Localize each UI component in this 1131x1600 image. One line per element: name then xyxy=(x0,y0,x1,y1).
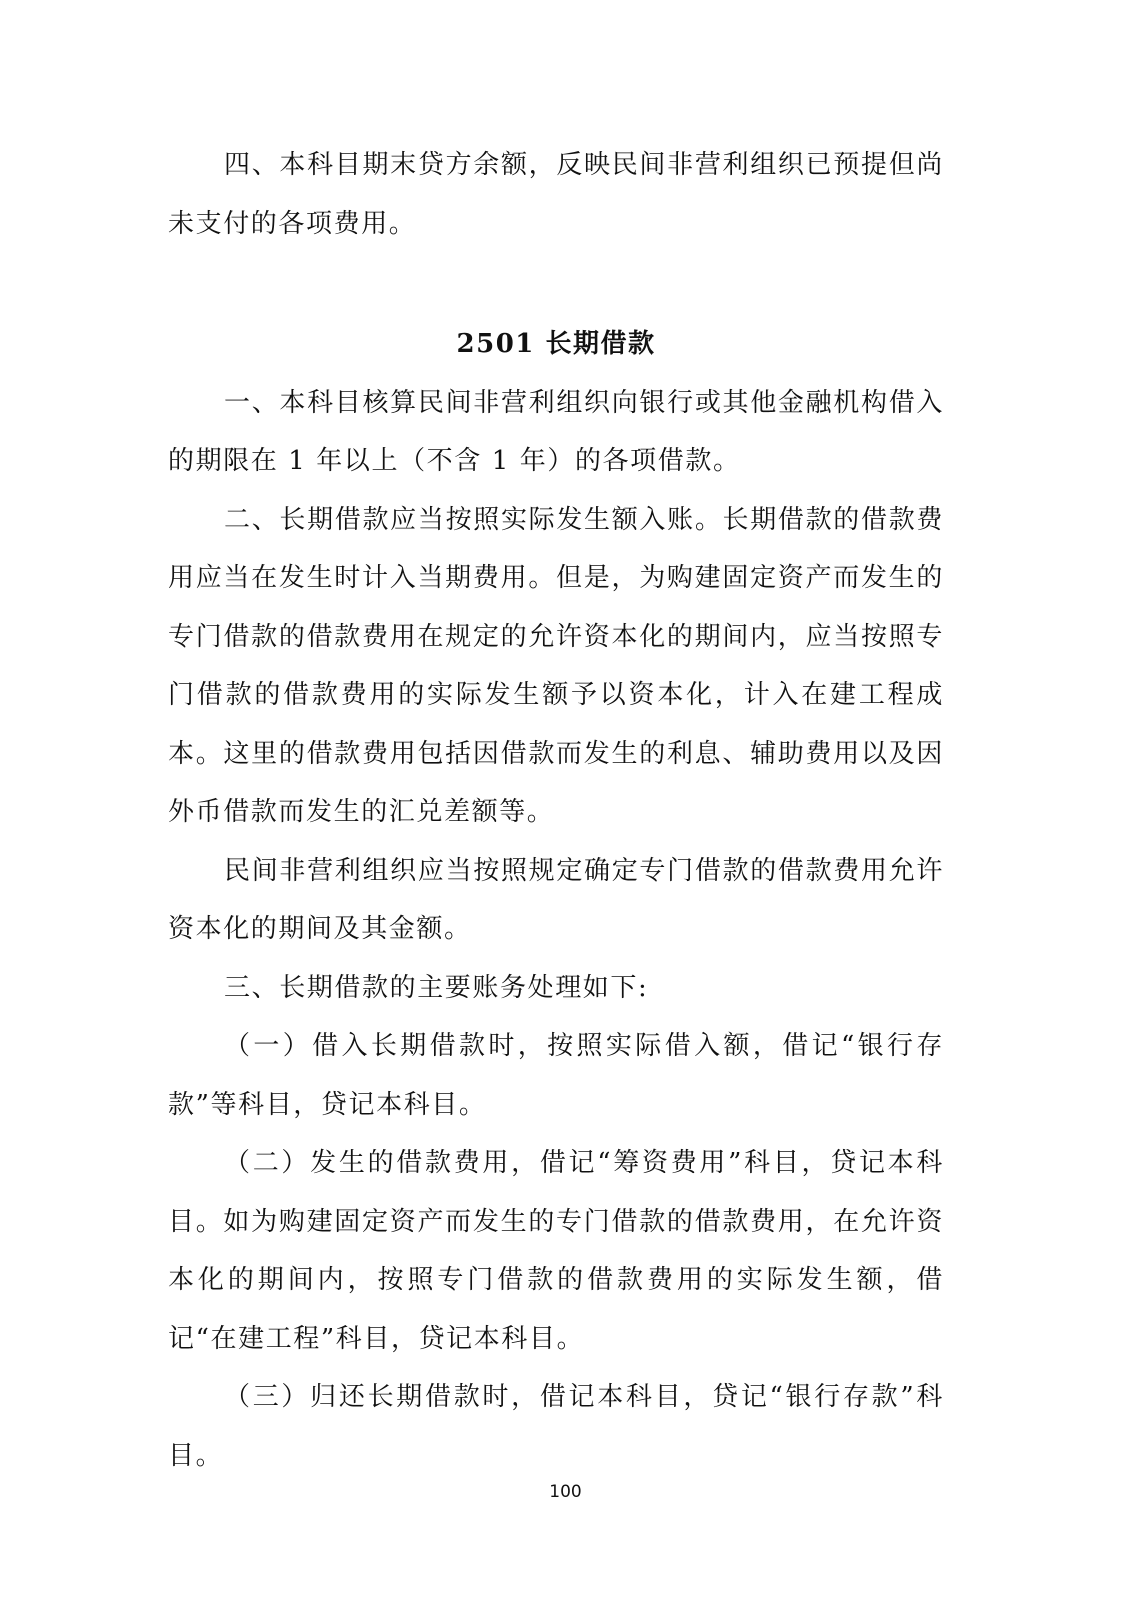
paragraph-item-3-1-borrowing: （一）借入长期借款时，按照实际借入额，借记“银行存款”等科目，贷记本科目。 xyxy=(168,1017,944,1134)
paragraph-item-2-recognition: 二、长期借款应当按照实际发生额入账。长期借款的借款费用应当在发生时计入当期费用。… xyxy=(168,491,944,842)
paragraph-item-4-ending-balance: 四、本科目期末贷方余额，反映民间非营利组织已预提但尚未支付的各项费用。 xyxy=(168,136,944,253)
section-heading: 2501 长期借款 xyxy=(168,315,944,374)
paragraph-item-3-2-borrowing-costs: （二）发生的借款费用，借记“筹资费用”科目，贷记本科目。如为购建固定资产而发生的… xyxy=(168,1134,944,1368)
page-number: 100 xyxy=(0,1482,1131,1502)
paragraph-item-1-scope: 一、本科目核算民间非营利组织向银行或其他金融机构借入的期限在 1 年以上（不含 … xyxy=(168,374,944,491)
paragraph-item-3-3-repayment: （三）归还长期借款时，借记本科目，贷记“银行存款”科目。 xyxy=(168,1368,944,1485)
paragraph-capitalization-period: 民间非营利组织应当按照规定确定专门借款的借款费用允许资本化的期间及其金额。 xyxy=(168,842,944,959)
paragraph-item-3-accounting: 三、长期借款的主要账务处理如下: xyxy=(168,959,944,1018)
document-page: 四、本科目期末贷方余额，反映民间非营利组织已预提但尚未支付的各项费用。 2501… xyxy=(168,136,944,1485)
section-spacer xyxy=(168,253,944,315)
